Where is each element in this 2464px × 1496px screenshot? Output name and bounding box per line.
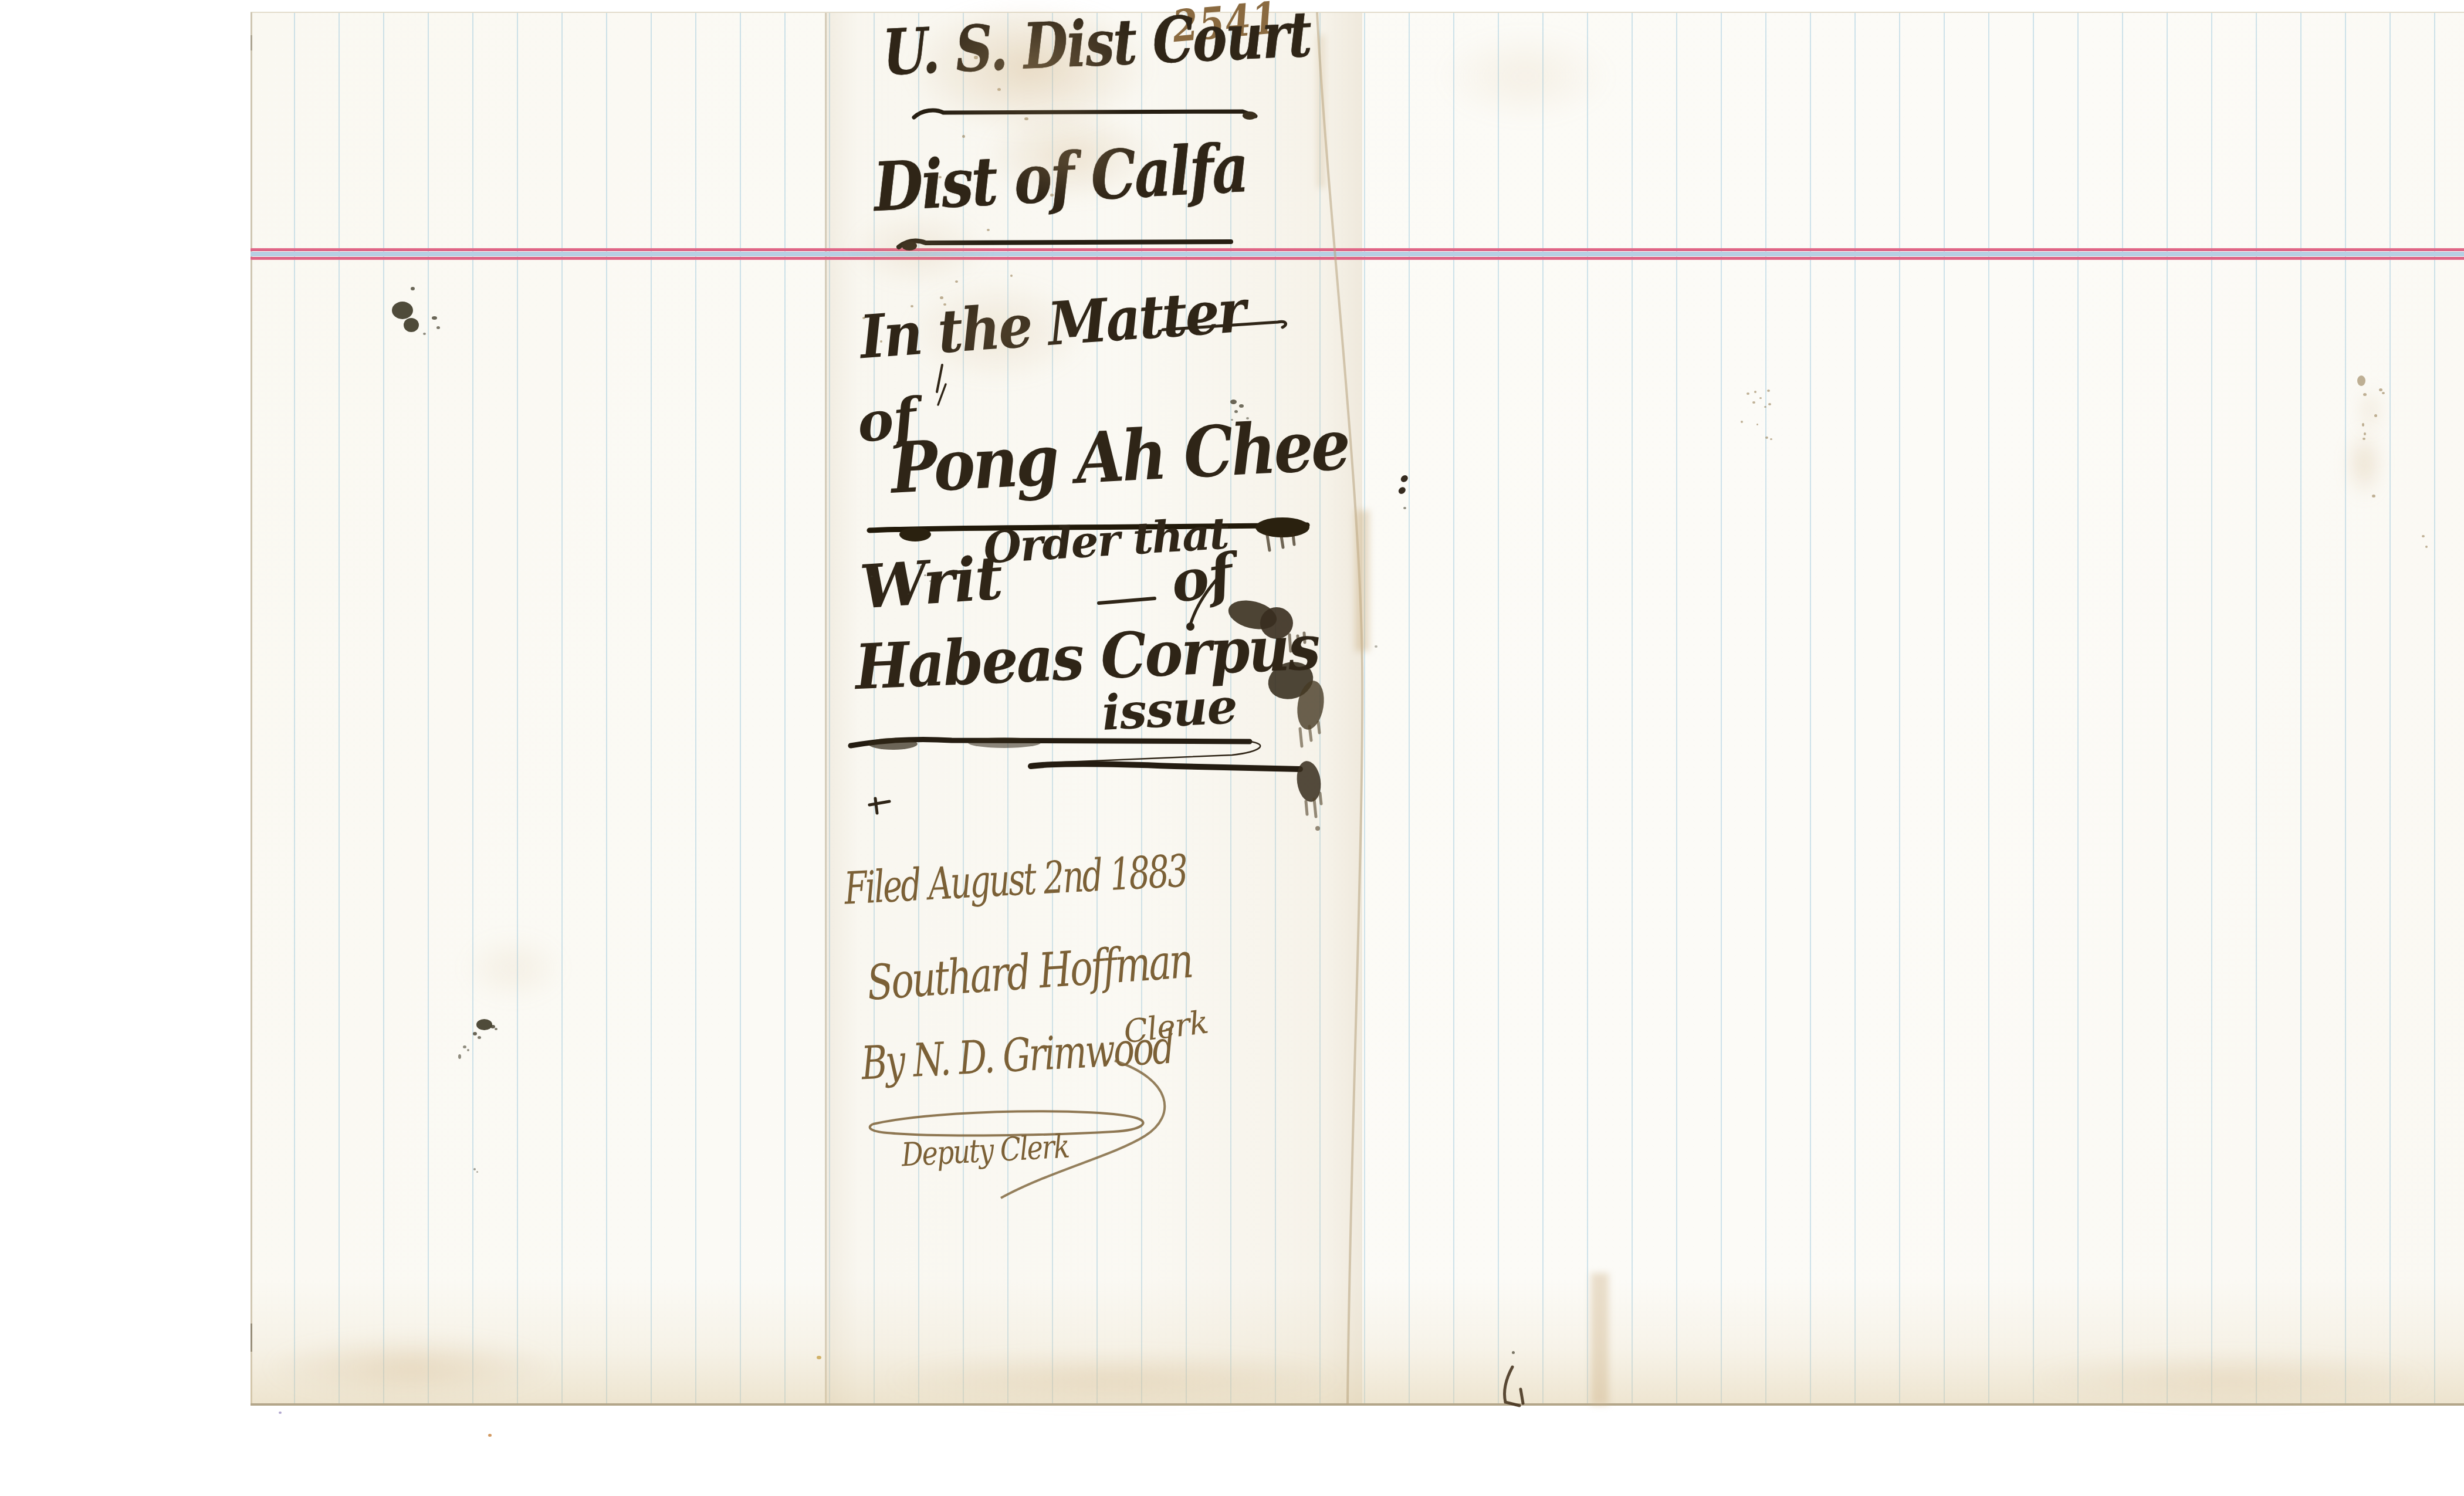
stain-speck xyxy=(1768,403,1771,405)
stain-speck xyxy=(2382,392,2385,394)
ink-speck xyxy=(1239,404,1244,408)
stain-speck xyxy=(1741,421,1743,423)
stain-speck xyxy=(987,229,990,231)
ink-speck xyxy=(1230,400,1237,404)
ledger-header-rule xyxy=(251,248,2464,260)
stain-speck xyxy=(962,135,965,138)
ink-speck xyxy=(404,318,419,332)
ink-speck xyxy=(432,316,437,320)
foxing-stain xyxy=(848,211,989,287)
ink-speck xyxy=(1234,410,1238,413)
ink-speck xyxy=(436,326,440,329)
stain-speck xyxy=(1759,397,1762,399)
ink-speck xyxy=(423,333,426,335)
crease-stain xyxy=(1318,35,1325,188)
ink-speck xyxy=(920,566,922,568)
ink-speck xyxy=(1231,419,1233,421)
ink-speck xyxy=(871,576,873,577)
rule-blue-middle xyxy=(251,252,2464,256)
foxing-stain xyxy=(903,279,1091,384)
stain-speck xyxy=(2379,388,2382,391)
ink-speck xyxy=(476,1171,478,1173)
foxing-stain xyxy=(880,1352,1349,1405)
stain-speck xyxy=(2357,375,2365,386)
caption-separator: : xyxy=(1396,459,1410,503)
ink-speck xyxy=(898,587,900,588)
stain-speck xyxy=(2425,546,2428,548)
foxing-stain xyxy=(2347,428,2382,499)
stain-speck xyxy=(1756,424,1758,425)
stain-speck xyxy=(880,340,882,343)
dust-speck xyxy=(488,1434,492,1437)
stain-speck xyxy=(2422,535,2425,537)
foxing-stain xyxy=(983,109,1159,202)
stain-speck xyxy=(1747,392,1749,395)
stain-speck xyxy=(862,317,865,319)
rule-pink-top xyxy=(251,248,2464,251)
ink-speck xyxy=(495,1028,497,1030)
order-line-2-of: of xyxy=(1166,541,1238,616)
stain-speck xyxy=(1765,436,1768,439)
crease-stain xyxy=(1355,510,1369,651)
ink-speck xyxy=(411,287,415,290)
ink-speck xyxy=(478,1036,481,1039)
ink-speck xyxy=(467,1049,469,1051)
paper-bottom-edge xyxy=(251,1403,2464,1406)
ink-speck xyxy=(476,1019,492,1030)
ink-speck xyxy=(924,574,926,576)
foxing-stain xyxy=(1437,29,1613,123)
ink-speck xyxy=(458,1054,461,1059)
stain-speck xyxy=(1770,438,1772,440)
foxing-stain xyxy=(2024,1352,2435,1405)
ink-speck xyxy=(463,1045,466,1048)
crease-stain xyxy=(1591,1273,1609,1405)
ink-speck xyxy=(473,1168,476,1170)
ink-speck xyxy=(1246,417,1249,419)
paper-edge-mark xyxy=(251,35,252,50)
rule-pink-bottom xyxy=(251,257,2464,260)
stain-speck xyxy=(2372,495,2375,497)
ink-speck xyxy=(392,302,413,319)
order-line-4: issue xyxy=(1101,678,1238,742)
ink-speck xyxy=(1512,1351,1515,1354)
order-line-2-writ: Writ xyxy=(858,543,1004,623)
dust-speck xyxy=(817,1356,821,1359)
foxing-stain xyxy=(2358,387,2382,434)
foxing-stain xyxy=(461,933,566,1003)
paper-top-edge xyxy=(251,12,2464,13)
paper-left-edge xyxy=(251,12,252,1404)
fold-crease-left xyxy=(825,12,827,1404)
stain-speck xyxy=(1764,406,1766,408)
scanned-document: 2541 U. S. Dist Court Dist of Calfa In t… xyxy=(0,0,2464,1496)
dust-speck xyxy=(279,1412,282,1414)
stain-speck xyxy=(1754,391,1756,393)
stain-speck xyxy=(1752,401,1755,404)
ink-speck xyxy=(908,593,909,595)
foxing-stain xyxy=(264,1335,557,1399)
ink-speck xyxy=(1375,645,1377,648)
ink-speck xyxy=(473,1032,477,1035)
ink-speck xyxy=(1403,507,1406,509)
stain-speck xyxy=(1767,390,1770,392)
ink-speck xyxy=(929,580,932,582)
stain-speck xyxy=(939,176,942,178)
stain-speck xyxy=(1010,275,1013,277)
